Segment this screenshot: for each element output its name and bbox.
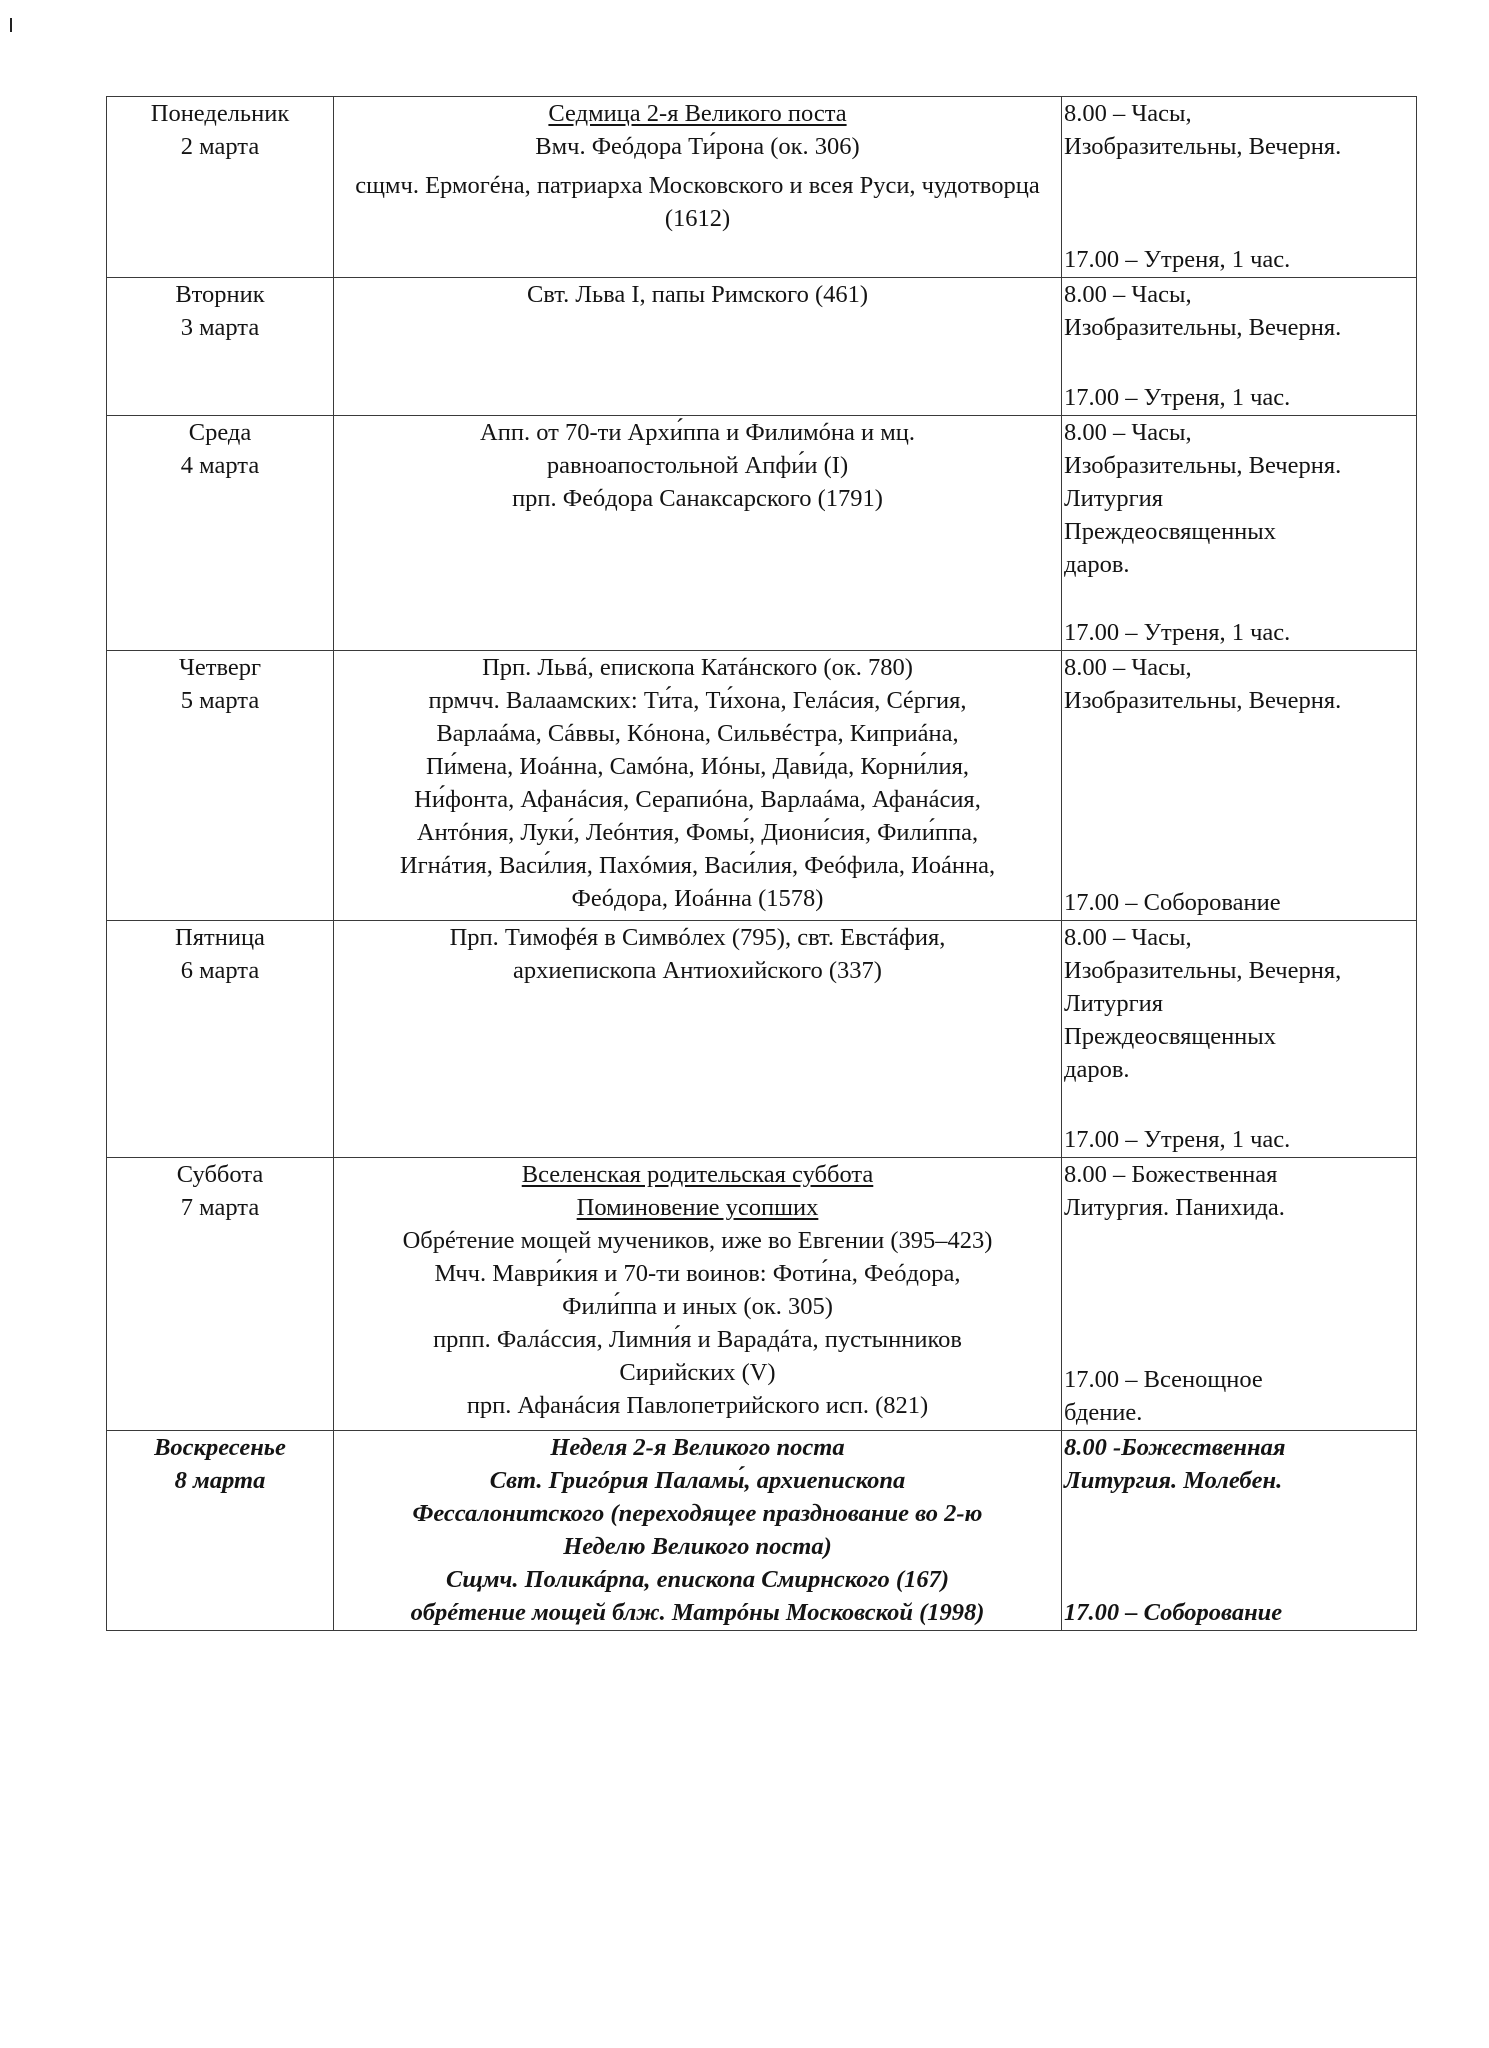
commemorations-text: Вселенская родительская субботаПоминовен…	[334, 1158, 1061, 1422]
weekday-label: Воскресенье	[107, 1431, 333, 1464]
commemorations-cell: Прп. Тимофéя в Симвóлех (795), свт. Евст…	[334, 921, 1062, 1158]
commemoration-line: обрéтение мощей блж. Матрóны Московской …	[334, 1596, 1061, 1629]
day-cell: Четверг 5 марта	[107, 651, 334, 921]
commemoration-line: Сирийских (V)	[334, 1356, 1061, 1389]
services-cell: 8.00 -Божественная Литургия. Молебен. 17…	[1062, 1431, 1417, 1631]
commemoration-line: Неделю Великого поста)	[334, 1530, 1061, 1563]
commemoration-line: Апп. от 70-ти Архи́ппа и Филимóна и мц.	[334, 416, 1061, 449]
schedule-row: Воскресенье 8 марта Неделя 2-я Великого …	[107, 1431, 1417, 1631]
services-cell: 8.00 – Часы, Изобразительны, Вечерня, Ли…	[1062, 921, 1417, 1158]
commemoration-line: Игнáтия, Васи́лия, Пахóмия, Васи́лия, Фе…	[334, 849, 1061, 882]
commemorations-text: Апп. от 70-ти Архи́ппа и Филимóна и мц.р…	[334, 416, 1061, 515]
morning-service: 8.00 – Часы, Изобразительны, Вечерня.	[1064, 278, 1416, 344]
commemoration-line: Прп. Львá, епископа Катáнского (ок. 780)	[334, 651, 1061, 684]
commemoration-line: Мчч. Маври́кия и 70-ти воинов: Фоти́на, …	[334, 1257, 1061, 1290]
commemoration-line: Пи́мена, Иоáнна, Самóна, Иóны, Дави́да, …	[334, 750, 1061, 783]
schedule-row: Пятница 6 марта Прп. Тимофéя в Симвóлех …	[107, 921, 1417, 1158]
evening-service: 17.00 – Соборование	[1064, 1596, 1416, 1629]
day-cell: Понедельник 2 марта	[107, 97, 334, 278]
commemoration-line: прпп. Фалáссия, Лимни́я и Варадáта, пуст…	[334, 1323, 1061, 1356]
commemorations-cell: Прп. Львá, епископа Катáнского (ок. 780)…	[334, 651, 1062, 921]
date-label: 6 марта	[107, 954, 333, 987]
schedule-body: Понедельник 2 марта Седмица 2-я Великого…	[107, 97, 1417, 1631]
date-label: 3 марта	[107, 311, 333, 344]
evening-service: 17.00 – Утреня, 1 час.	[1064, 381, 1416, 414]
services-cell: 8.00 – Часы, Изобразительны, Вечерня. 17…	[1062, 278, 1417, 416]
commemorations-text: Прп. Тимофéя в Симвóлех (795), свт. Евст…	[334, 921, 1061, 987]
commemoration-line: Обрéтение мощей мучеников, иже во Евгени…	[334, 1224, 1061, 1257]
services-cell: 8.00 – Часы, Изобразительны, Вечерня. Ли…	[1062, 416, 1417, 651]
schedule-row: Понедельник 2 марта Седмица 2-я Великого…	[107, 97, 1417, 278]
commemoration-line: Антóния, Луки́, Леóнтия, Фомы́, Диони́си…	[334, 816, 1061, 849]
commemoration-line: Фили́ппа и иных (ок. 305)	[334, 1290, 1061, 1323]
commemoration-line: Свт. Григóрия Паламы́, архиепископа	[334, 1464, 1061, 1497]
commemoration-line: архиепископа Антиохийского (337)	[334, 954, 1061, 987]
services-cell: 8.00 – Божественная Литургия. Панихида. …	[1062, 1158, 1417, 1431]
commemoration-line: Неделя 2-я Великого поста	[334, 1431, 1061, 1464]
commemoration-line: Феóдора, Иоáнна (1578)	[334, 882, 1061, 915]
evening-service: 17.00 – Утреня, 1 час.	[1064, 1123, 1416, 1156]
commemoration-line: Варлаáма, Сáввы, Кóнона, Сильвéстра, Кип…	[334, 717, 1061, 750]
schedule-row: Суббота 7 марта Вселенская родительская …	[107, 1158, 1417, 1431]
commemoration-line: Фессалонитского (переходящее праздновани…	[334, 1497, 1061, 1530]
commemorations-text: Свт. Льва I, папы Римского (461)	[334, 278, 1061, 311]
day-cell: Воскресенье 8 марта	[107, 1431, 334, 1631]
schedule-row: Вторник 3 марта Свт. Льва I, папы Римско…	[107, 278, 1417, 416]
commemoration-line: Ни́фонта, Афанáсия, Серапиóна, Варлаáма,…	[334, 783, 1061, 816]
service-schedule-table: Понедельник 2 марта Седмица 2-я Великого…	[106, 96, 1417, 1631]
commemorations-cell: Свт. Льва I, папы Римского (461)	[334, 278, 1062, 416]
day-cell: Пятница 6 марта	[107, 921, 334, 1158]
evening-service: 17.00 – Утреня, 1 час.	[1064, 616, 1416, 649]
evening-service: 17.00 – Соборование	[1064, 886, 1416, 919]
weekday-label: Суббота	[107, 1158, 333, 1191]
services-cell: 8.00 – Часы, Изобразительны, Вечерня. 17…	[1062, 651, 1417, 921]
commemorations-text: Неделя 2-я Великого постаСвт. Григóрия П…	[334, 1431, 1061, 1629]
date-label: 8 марта	[107, 1464, 333, 1497]
commemoration-line: Прп. Тимофéя в Симвóлех (795), свт. Евст…	[334, 921, 1061, 954]
commemoration-line: прп. Феóдора Санаксарского (1791)	[334, 482, 1061, 515]
scan-artifact-mark	[10, 18, 12, 32]
weekday-label: Понедельник	[107, 97, 333, 130]
day-cell: Среда 4 марта	[107, 416, 334, 651]
date-label: 5 марта	[107, 684, 333, 717]
day-cell: Суббота 7 марта	[107, 1158, 334, 1431]
schedule-row: Четверг 5 марта Прп. Львá, епископа Катá…	[107, 651, 1417, 921]
commemorations-text: Прп. Львá, епископа Катáнского (ок. 780)…	[334, 651, 1061, 915]
weekday-label: Вторник	[107, 278, 333, 311]
weekday-label: Четверг	[107, 651, 333, 684]
morning-service: 8.00 – Божественная Литургия. Панихида.	[1064, 1158, 1416, 1224]
evening-service: 17.00 – Утреня, 1 час.	[1064, 243, 1416, 276]
week-heading: Седмица 2-я Великого поста	[348, 97, 1047, 130]
weekday-label: Среда	[107, 416, 333, 449]
morning-service: 8.00 – Часы, Изобразительны, Вечерня. Ли…	[1064, 416, 1416, 581]
schedule-row: Среда 4 марта Апп. от 70-ти Архи́ппа и Ф…	[107, 416, 1417, 651]
evening-service: 17.00 – Всенощное бдение.	[1064, 1363, 1416, 1429]
date-label: 2 марта	[107, 130, 333, 163]
commemorations-text: Седмица 2-я Великого постаВмч. Феóдора Т…	[334, 97, 1061, 235]
commemoration-line: Свт. Льва I, папы Римского (461)	[334, 278, 1061, 311]
commemoration-line: Вмч. Феóдора Ти́рона (ок. 306)	[348, 130, 1047, 163]
commemoration-line: сщмч. Ермогéна, патриарха Московского и …	[348, 169, 1047, 235]
morning-service: 8.00 – Часы, Изобразительны, Вечерня.	[1064, 97, 1416, 163]
morning-service: 8.00 -Божественная Литургия. Молебен.	[1064, 1431, 1416, 1497]
date-label: 4 марта	[107, 449, 333, 482]
commemoration-line: Сщмч. Поликáрпа, епископа Смирнского (16…	[334, 1563, 1061, 1596]
commemoration-line: прп. Афанáсия Павлопетрийского исп. (821…	[334, 1389, 1061, 1422]
commemorations-cell: Вселенская родительская субботаПоминовен…	[334, 1158, 1062, 1431]
commemoration-line: равноапостольной Апфи́и (I)	[334, 449, 1061, 482]
week-heading: Поминовение усопших	[334, 1191, 1061, 1224]
morning-service: 8.00 – Часы, Изобразительны, Вечерня.	[1064, 651, 1416, 717]
commemorations-cell: Седмица 2-я Великого постаВмч. Феóдора Т…	[334, 97, 1062, 278]
weekday-label: Пятница	[107, 921, 333, 954]
date-label: 7 марта	[107, 1191, 333, 1224]
day-cell: Вторник 3 марта	[107, 278, 334, 416]
week-heading: Вселенская родительская суббота	[334, 1158, 1061, 1191]
morning-service: 8.00 – Часы, Изобразительны, Вечерня, Ли…	[1064, 921, 1416, 1086]
services-cell: 8.00 – Часы, Изобразительны, Вечерня. 17…	[1062, 97, 1417, 278]
commemorations-cell: Неделя 2-я Великого постаСвт. Григóрия П…	[334, 1431, 1062, 1631]
commemoration-line: прмчч. Валаамских: Ти́та, Ти́хона, Гелáс…	[334, 684, 1061, 717]
commemorations-cell: Апп. от 70-ти Архи́ппа и Филимóна и мц.р…	[334, 416, 1062, 651]
